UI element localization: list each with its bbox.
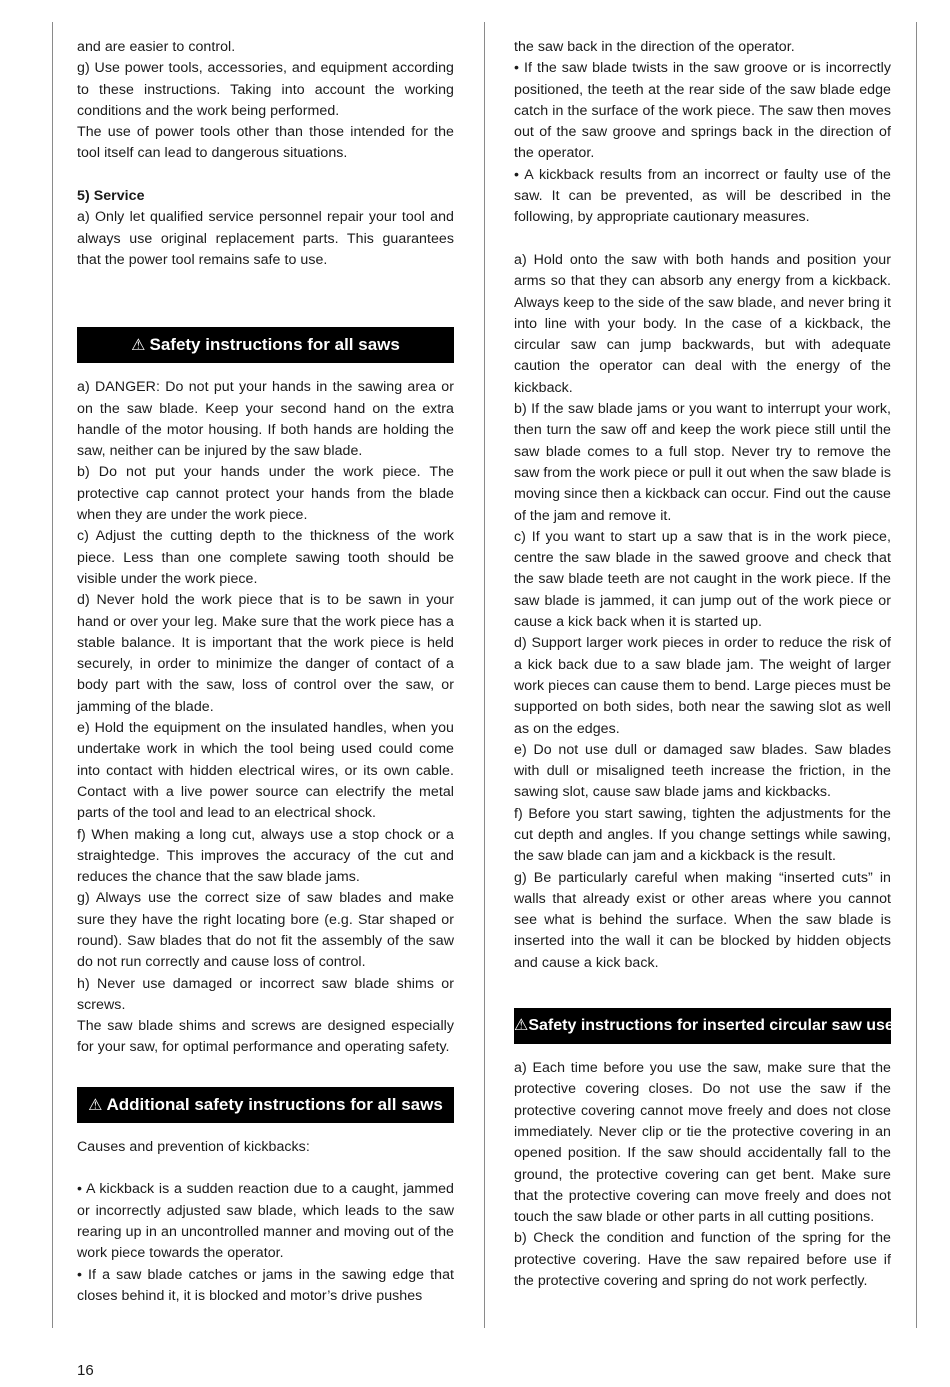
- section-banner-additional: ⚠Additional safety instructions for all …: [77, 1087, 454, 1123]
- list-item: c) If you want to start up a saw that is…: [514, 527, 891, 633]
- list-item: The saw blade shims and screws are desig…: [77, 1016, 454, 1059]
- list-item: f) When making a long cut, always use a …: [77, 825, 454, 889]
- column-rule-middle: [484, 22, 485, 1328]
- section-title: Safety instructions for all saws: [149, 335, 399, 354]
- bullet-item: • A kickback is a sudden reaction due to…: [77, 1179, 454, 1264]
- list-item: d) Support larger work pieces in order t…: [514, 633, 891, 739]
- right-column: the saw back in the direction of the ope…: [514, 37, 891, 1292]
- list-item: e) Hold the equipment on the insulated h…: [77, 718, 454, 824]
- list-item: d) Never hold the work piece that is to …: [77, 590, 454, 718]
- list-item: b) Check the condition and function of t…: [514, 1228, 891, 1292]
- section-banner-inserted: ⚠Safety instructions for inserted circul…: [514, 1008, 891, 1044]
- warning-triangle-icon: ⚠: [131, 337, 145, 354]
- column-rule-right: [916, 22, 917, 1328]
- list-item: h) Never use damaged or incorrect saw bl…: [77, 974, 454, 1017]
- column-rule-left: [52, 22, 53, 1328]
- list-item: b) Do not put your hands under the work …: [77, 462, 454, 526]
- paragraph: and are easier to control.: [77, 37, 454, 58]
- list-item: e) Do not use dull or damaged saw blades…: [514, 740, 891, 804]
- bullet-item: • A kickback results from an incorrect o…: [514, 165, 891, 229]
- left-column: and are easier to control. g) Use power …: [77, 37, 454, 1307]
- section-title: Safety instructions for inserted circula…: [528, 1017, 893, 1034]
- section-banner-all-saws: ⚠Safety instructions for all saws: [77, 327, 454, 363]
- list-item: c) Adjust the cutting depth to the thick…: [77, 526, 454, 590]
- warning-triangle-icon: ⚠: [514, 1017, 528, 1034]
- bullet-item: • If the saw blade twists in the saw gro…: [514, 58, 891, 164]
- list-item: a) Each time before you use the saw, mak…: [514, 1058, 891, 1228]
- paragraph: a) Only let qualified service personnel …: [77, 207, 454, 271]
- list-item: b) If the saw blade jams or you want to …: [514, 399, 891, 527]
- list-item: a) Hold onto the saw with both hands and…: [514, 250, 891, 399]
- paragraph: g) Use power tools, accessories, and equ…: [77, 58, 454, 122]
- bullet-item: • If a saw blade catches or jams in the …: [77, 1265, 454, 1308]
- paragraph: Causes and prevention of kickbacks:: [77, 1137, 454, 1158]
- list-item: f) Before you start sawing, tighten the …: [514, 804, 891, 868]
- bullet-item: the saw back in the direction of the ope…: [514, 37, 891, 58]
- section-title: Additional safety instructions for all s…: [107, 1095, 443, 1114]
- paragraph: The use of power tools other than those …: [77, 122, 454, 165]
- warning-triangle-icon: ⚠: [88, 1097, 102, 1114]
- list-item: g) Be particularly careful when making “…: [514, 868, 891, 974]
- service-heading: 5) Service: [77, 186, 454, 207]
- list-item: g) Always use the correct size of saw bl…: [77, 888, 454, 973]
- list-item: a) DANGER: Do not put your hands in the …: [77, 377, 454, 462]
- page-number: 16: [77, 1362, 94, 1379]
